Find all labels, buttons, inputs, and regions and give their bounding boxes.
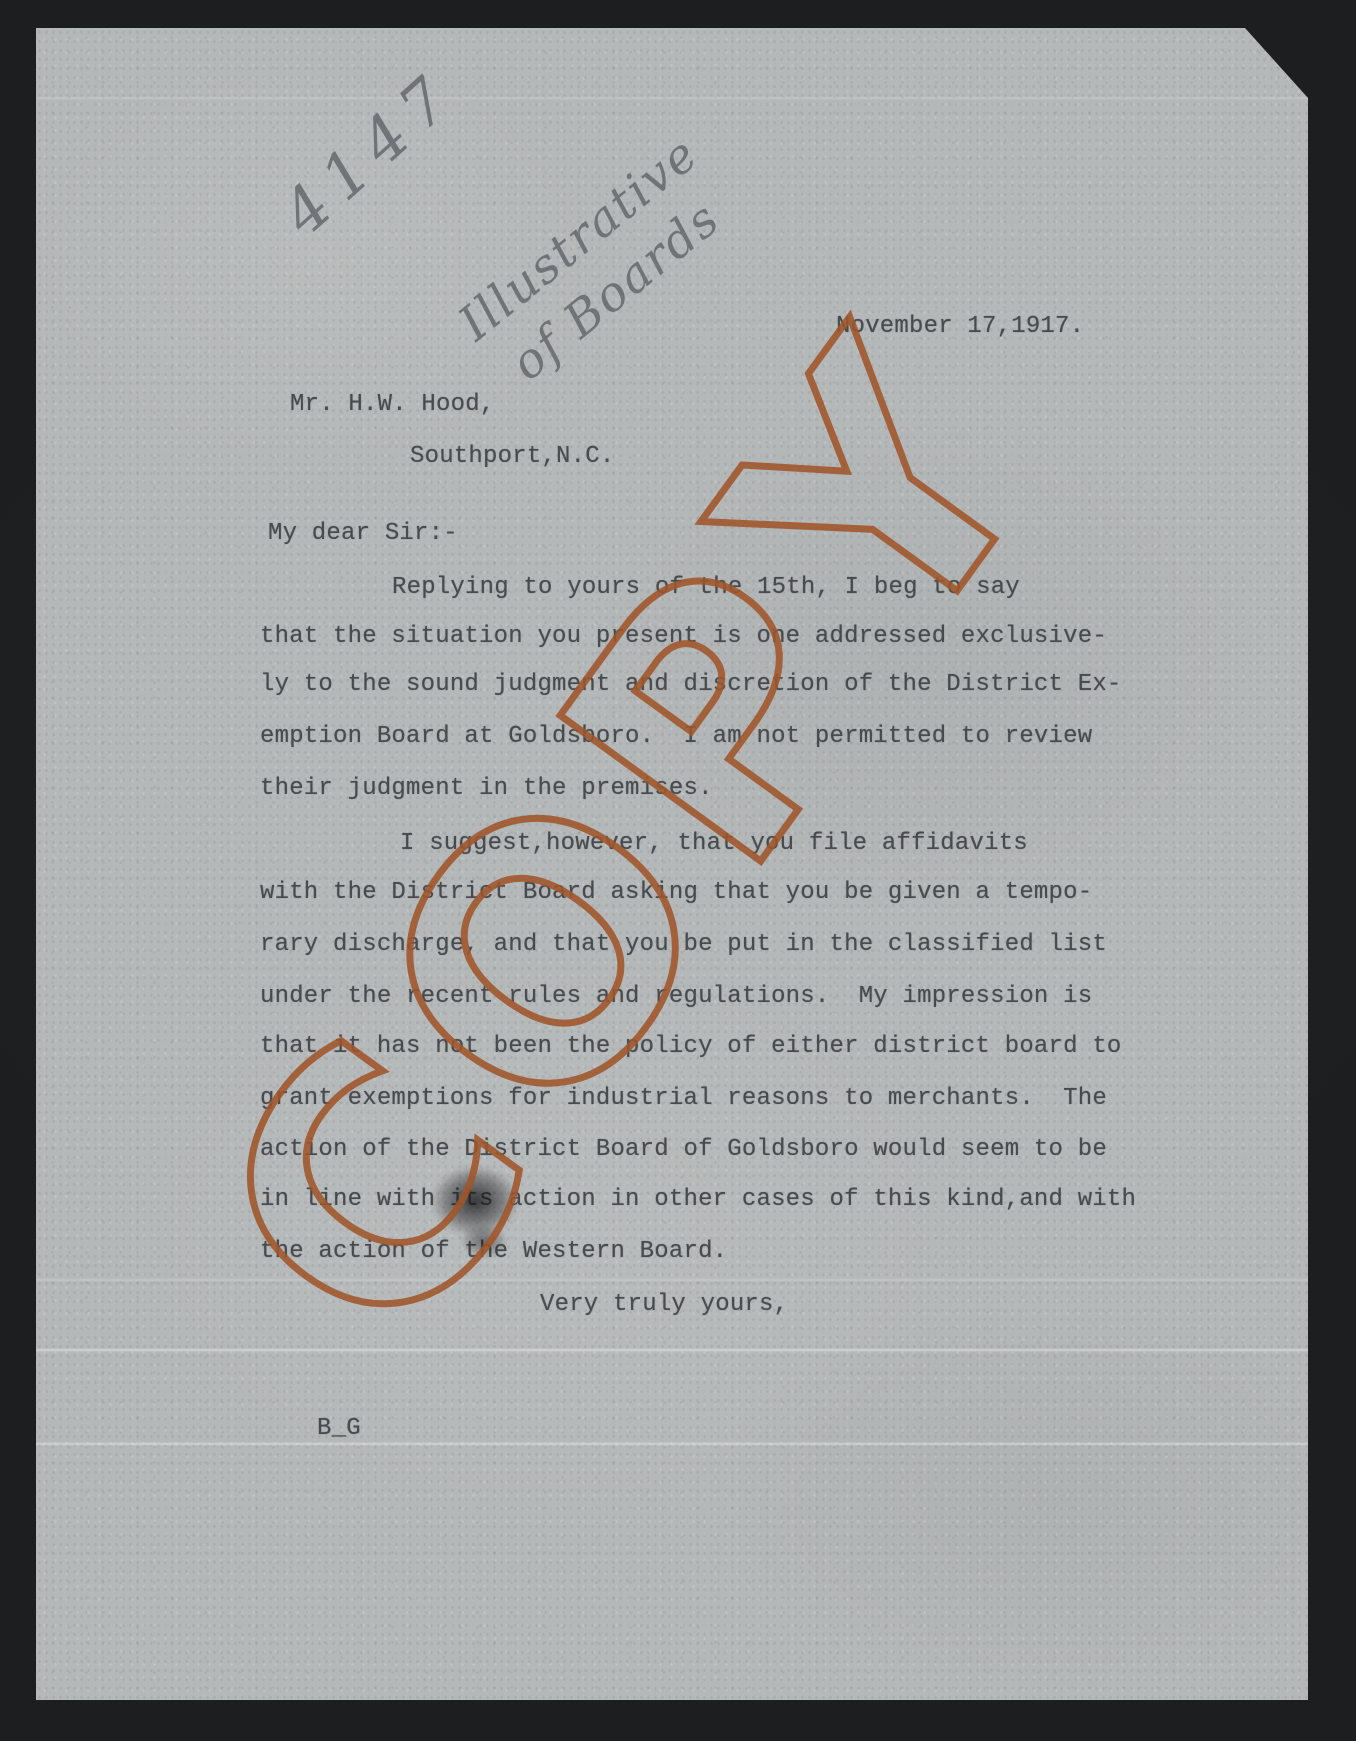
- body-line: with the District Board asking that you …: [260, 880, 1092, 906]
- recipient-name: Mr. H.W. Hood,: [290, 392, 494, 418]
- ink-smudge: [460, 1224, 508, 1258]
- recipient-address: Southport,N.C.: [410, 444, 614, 470]
- paper-crease: [36, 1278, 1308, 1282]
- body-line: action of the District Board of Goldsbor…: [260, 1137, 1107, 1163]
- body-line: ly to the sound judgment and discretion …: [260, 672, 1122, 698]
- body-line: grant exemptions for industrial reasons …: [260, 1086, 1107, 1112]
- body-line: their judgment in the premises.: [260, 776, 713, 802]
- body-line: under the recent rules and regulations. …: [260, 984, 1092, 1010]
- paper-crease: [36, 96, 1308, 100]
- body-line: that the situation you present is one ad…: [260, 624, 1107, 650]
- body-line: Replying to yours of the 15th, I beg to …: [392, 575, 1020, 601]
- typist-initials: B_G: [317, 1416, 361, 1442]
- body-line: rary discharge, and that you be put in t…: [260, 932, 1107, 958]
- salutation: My dear Sir:-: [268, 521, 458, 547]
- paper-crease: [36, 1442, 1308, 1446]
- body-line: that it has not been the policy of eithe…: [260, 1034, 1122, 1060]
- body-line: I suggest,however, that you file affidav…: [400, 831, 1028, 857]
- body-line: in line with its action in other cases o…: [260, 1187, 1136, 1213]
- date-line: November 17,1917.: [836, 314, 1084, 340]
- handwritten-number: 4147: [268, 55, 473, 250]
- paper-crease: [36, 1348, 1308, 1352]
- letter-page: 4147 Illustrative of Boards November 17,…: [36, 28, 1308, 1700]
- closing-line: Very truly yours,: [540, 1292, 788, 1318]
- body-line: emption Board at Goldsboro. I am not per…: [260, 724, 1092, 750]
- document-scan: { "document": { "background_color": "#1c…: [0, 0, 1356, 1741]
